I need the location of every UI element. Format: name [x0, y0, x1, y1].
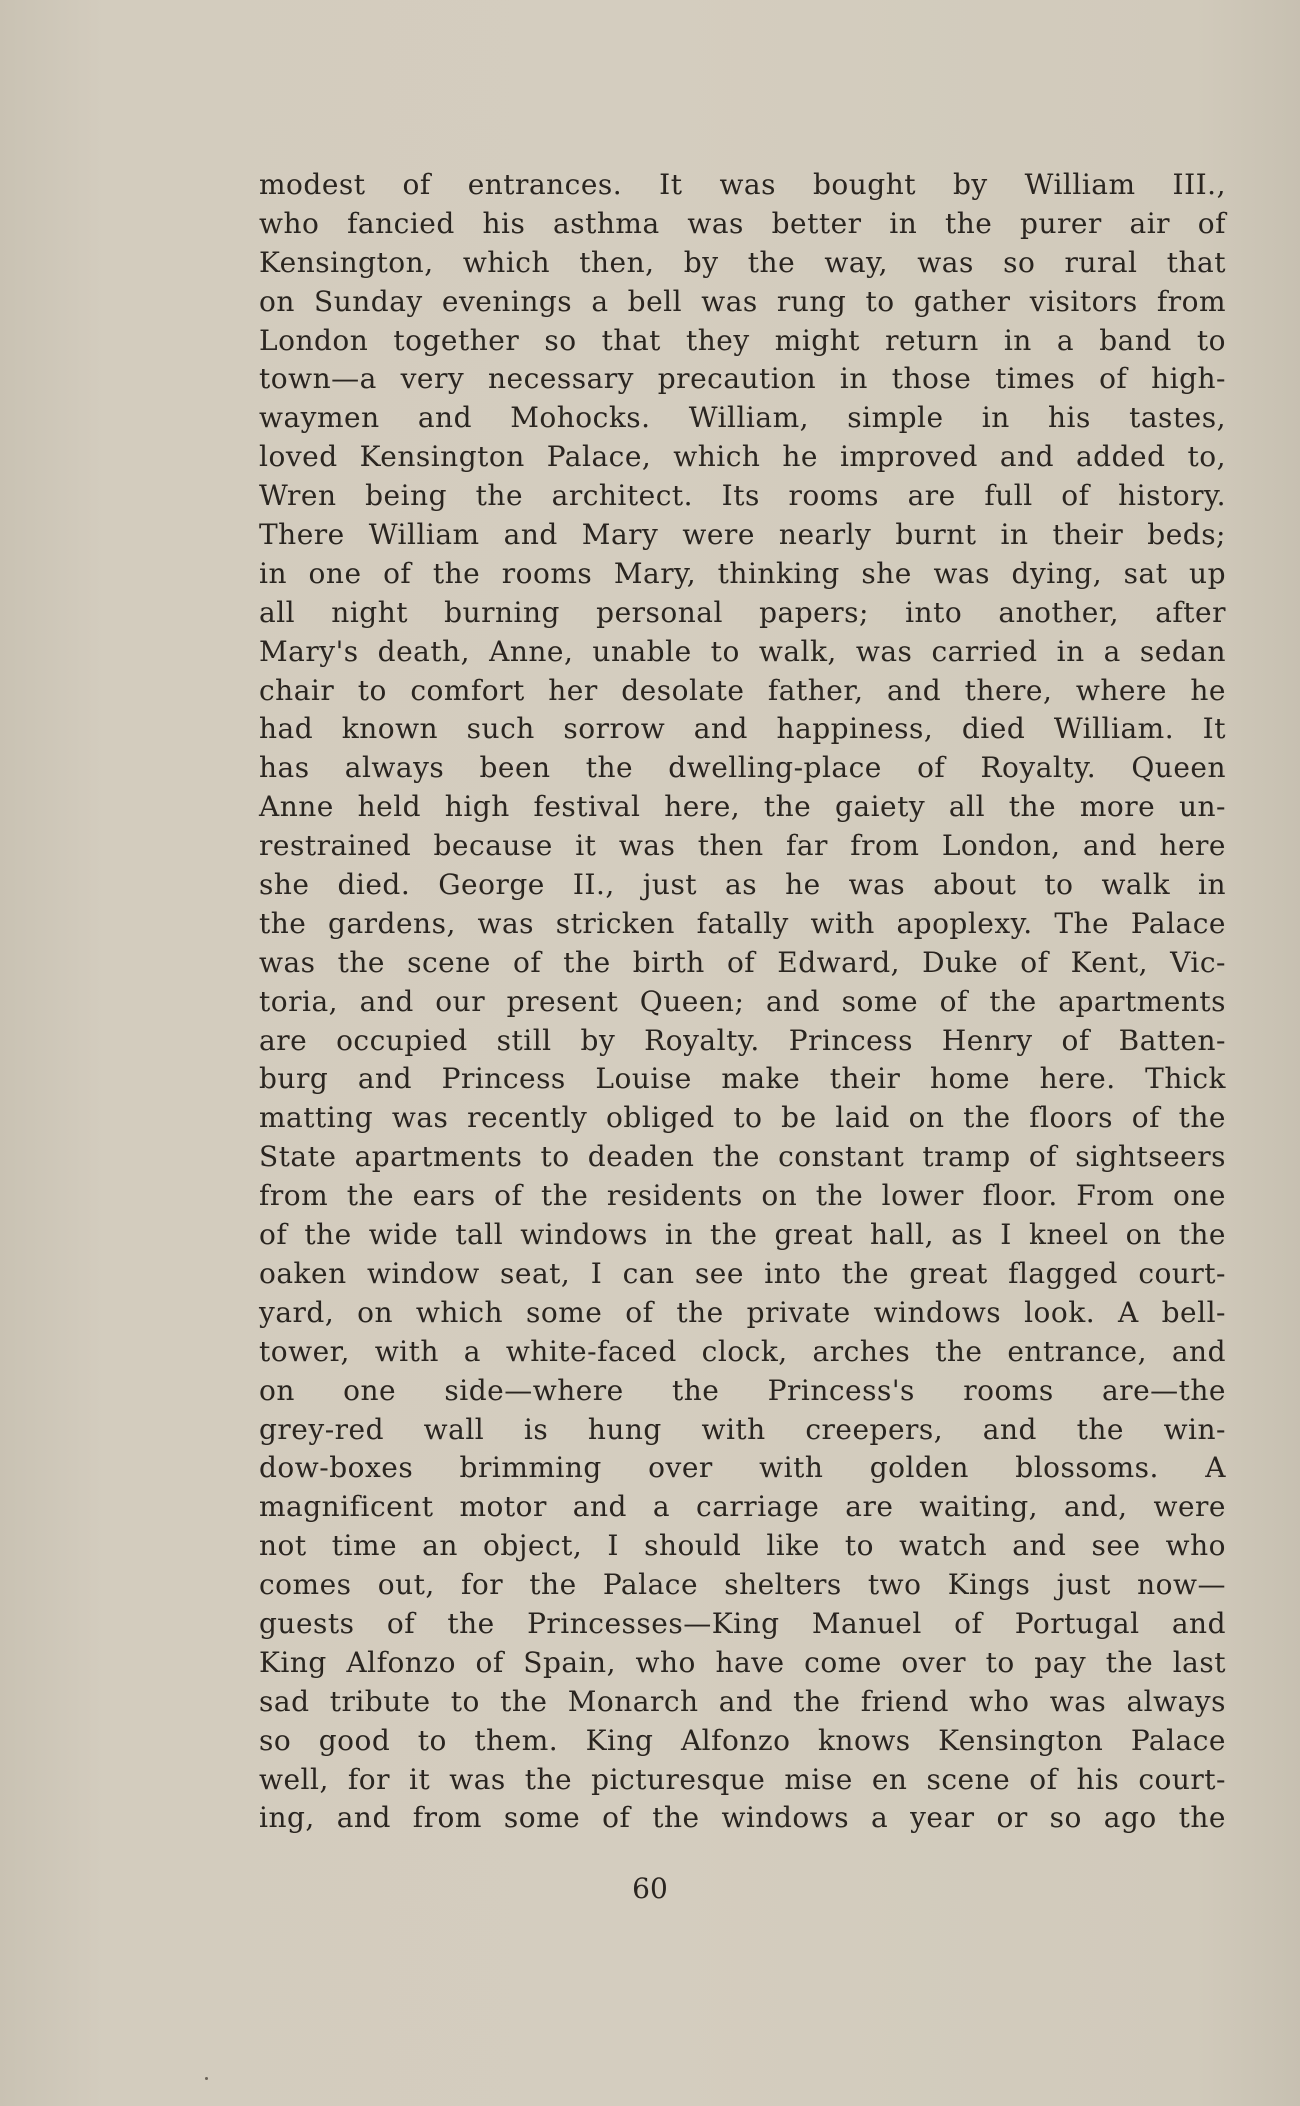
text-line: grey-red wall is hung with creepers, and… — [259, 1411, 1226, 1450]
text-line: There William and Mary were nearly burnt… — [259, 516, 1226, 555]
text-line: town—a very necessary precaution in thos… — [259, 360, 1226, 399]
text-line: burg and Princess Louise make their home… — [259, 1060, 1226, 1099]
text-line: had known such sorrow and happiness, die… — [259, 710, 1226, 749]
text-line: modest of entrances. It was bought by Wi… — [259, 166, 1226, 205]
text-line: ing, and from some of the windows a year… — [259, 1799, 1226, 1838]
text-line: on Sunday evenings a bell was rung to ga… — [259, 283, 1226, 322]
text-line: toria, and our present Queen; and some o… — [259, 983, 1226, 1022]
text-line: tower, with a white-faced clock, arches … — [259, 1333, 1226, 1372]
text-line: well, for it was the picturesque mise en… — [259, 1761, 1226, 1800]
text-line: Wren being the architect. Its rooms are … — [259, 477, 1226, 516]
page-number: 60 — [0, 1872, 1300, 1905]
text-line: has always been the dwelling-place of Ro… — [259, 749, 1226, 788]
text-line: oaken window seat, I can see into the gr… — [259, 1255, 1226, 1294]
text-line: waymen and Mohocks. William, simple in h… — [259, 399, 1226, 438]
paper-speck — [205, 2077, 208, 2080]
text-line: so good to them. King Alfonzo knows Kens… — [259, 1722, 1226, 1761]
text-line: of the wide tall windows in the great ha… — [259, 1216, 1226, 1255]
text-line: dow-boxes brimming over with golden blos… — [259, 1449, 1226, 1488]
text-line: magnificent motor and a carriage are wai… — [259, 1488, 1226, 1527]
text-line: Anne held high festival here, the gaiety… — [259, 788, 1226, 827]
text-line: loved Kensington Palace, which he improv… — [259, 438, 1226, 477]
text-line: she died. George II., just as he was abo… — [259, 866, 1226, 905]
text-line: are occupied still by Royalty. Princess … — [259, 1022, 1226, 1061]
text-line: was the scene of the birth of Edward, Du… — [259, 944, 1226, 983]
text-line: State apartments to deaden the constant … — [259, 1138, 1226, 1177]
text-line: sad tribute to the Monarch and the frien… — [259, 1683, 1226, 1722]
text-line: London together so that they might retur… — [259, 322, 1226, 361]
text-line: comes out, for the Palace shelters two K… — [259, 1566, 1226, 1605]
book-page: modest of entrances. It was bought by Wi… — [0, 0, 1300, 2106]
text-line: in one of the rooms Mary, thinking she w… — [259, 555, 1226, 594]
text-line: who fancied his asthma was better in the… — [259, 205, 1226, 244]
text-line: guests of the Princesses—King Manuel of … — [259, 1605, 1226, 1644]
text-line: Mary's death, Anne, unable to walk, was … — [259, 633, 1226, 672]
text-line: yard, on which some of the private windo… — [259, 1294, 1226, 1333]
body-text: modest of entrances. It was bought by Wi… — [259, 166, 1226, 1838]
text-line: the gardens, was stricken fatally with a… — [259, 905, 1226, 944]
text-line: Kensington, which then, by the way, was … — [259, 244, 1226, 283]
text-line: all night burning personal papers; into … — [259, 594, 1226, 633]
text-line: King Alfonzo of Spain, who have come ove… — [259, 1644, 1226, 1683]
text-line: restrained because it was then far from … — [259, 827, 1226, 866]
text-line: on one side—where the Princess's rooms a… — [259, 1372, 1226, 1411]
text-line: not time an object, I should like to wat… — [259, 1527, 1226, 1566]
text-line: matting was recently obliged to be laid … — [259, 1099, 1226, 1138]
text-line: from the ears of the residents on the lo… — [259, 1177, 1226, 1216]
text-line: chair to comfort her desolate father, an… — [259, 672, 1226, 711]
